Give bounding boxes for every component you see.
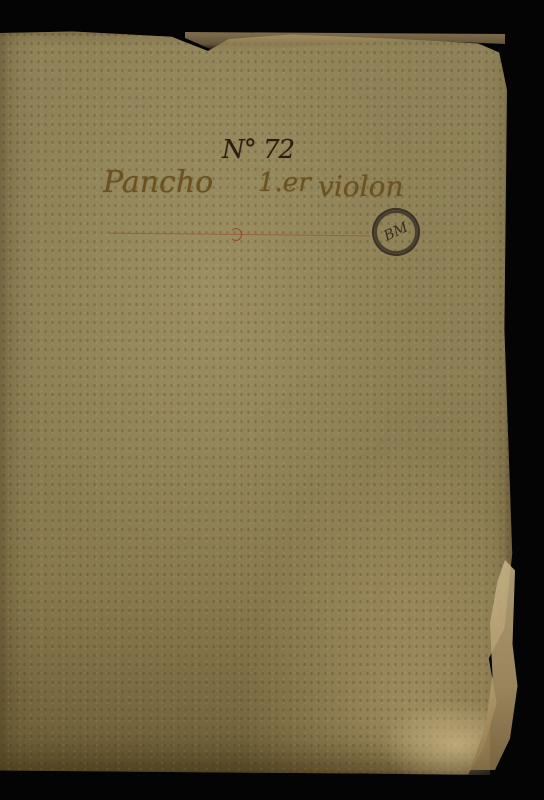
stamp-text: BM	[381, 220, 410, 245]
composer-name: Pancho	[103, 165, 213, 200]
catalog-number: N° 72	[222, 135, 294, 165]
part-label: 1.er	[258, 168, 311, 198]
instrument-label: violon	[318, 170, 403, 203]
underline-flourish	[230, 228, 242, 241]
